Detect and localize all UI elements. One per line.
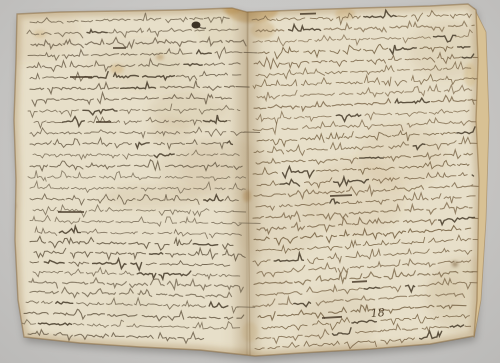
stain [335, 8, 355, 20]
stain [156, 54, 164, 60]
strikeout [352, 281, 367, 282]
stain [464, 63, 476, 87]
page-number-18: 18 [370, 306, 385, 320]
paper-spread: Handwritten manuscript — two-page spread… [0, 0, 500, 363]
strikeout [322, 317, 342, 318]
stain [10, 183, 14, 189]
strikeout [330, 195, 352, 196]
strikeout [300, 14, 316, 15]
manuscript-scan: Handwritten manuscript — two-page spread… [0, 0, 500, 363]
